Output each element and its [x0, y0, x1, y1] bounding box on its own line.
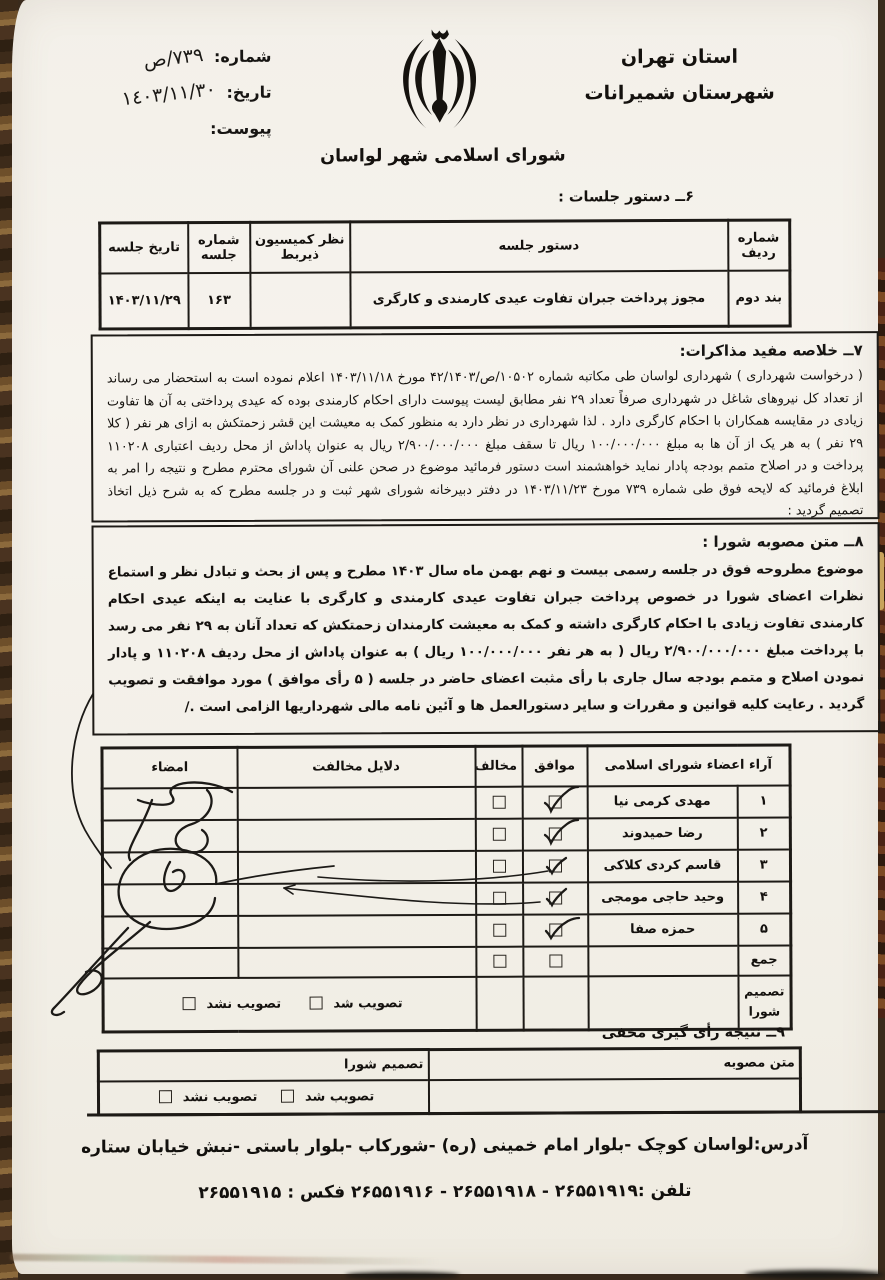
sum-row: جمع: [103, 945, 791, 978]
decision-label: تصمیم شورا: [738, 975, 791, 1029]
reasons-cell: [238, 914, 476, 947]
agenda-subject: مجوز پرداخت جبران تفاوت عیدی کارمندی و ک…: [350, 270, 728, 328]
scan-shadow-mark: [345, 1272, 460, 1279]
secret-decision-label: تصمیم شورا: [98, 1050, 428, 1081]
member-name: حمزه صفا: [588, 913, 738, 946]
against-checkbox: [476, 914, 523, 946]
minutes-heading: ۷ــ خلاصه مفید مذاکرات:: [107, 341, 863, 362]
footer-phone: تلفن :۲۶۵۵۱۹۱۹ ‏- ۲۶۵۵۱۹۱۸ ‏- ۲۶۵۵۱۹۱۶ ف…: [2, 1180, 885, 1204]
minutes-body: ( درخواست شهرداری ) شهرداری لواسان طی مک…: [107, 365, 864, 526]
reasons-cell: [237, 786, 475, 819]
member-name: وحید حاجی مومجی: [588, 881, 738, 914]
resolution-heading: ۸ــ متن مصوبه شورا :: [108, 532, 864, 553]
vote-row: ۴ وحید حاجی مومجی: [103, 881, 791, 916]
votes-table: آراء اعضاء شورای اسلامی موافق مخالف دلای…: [100, 743, 792, 1033]
not-approved-label: تصویب نشد: [207, 996, 282, 1011]
agenda-commission: [250, 272, 350, 328]
approved-checkbox: [310, 996, 323, 1009]
county-title: شهرستان شمیرانات: [565, 74, 795, 111]
approved-label: تصویب شد: [333, 996, 402, 1011]
agenda-session-no: ۱۶۳: [188, 272, 250, 328]
vote-row: ۳ قاسم کردی کلاکی: [102, 849, 790, 884]
signature-cell: [102, 819, 237, 852]
signature-cell: [103, 915, 238, 948]
vote-row: ۱ مهدی کرمی نیا: [102, 785, 790, 820]
votes-col-reasons: دلایل مخالفت: [237, 746, 475, 787]
member-no: ۳: [737, 849, 790, 881]
votes-col-members: آراء اعضاء شورای اسلامی: [587, 745, 790, 786]
against-checkbox: [475, 818, 522, 850]
vote-row: ۲ رضا حمیدوند: [102, 817, 790, 852]
date-label: تاریخ:: [226, 83, 271, 102]
signature-cell: [102, 787, 237, 820]
sum-label: جمع: [738, 945, 791, 975]
secret-approved-checkbox: [281, 1089, 294, 1102]
member-no: ۲: [737, 817, 790, 849]
secret-not-approved-checkbox: [159, 1090, 172, 1103]
agenda-row-no: بند دوم: [728, 270, 790, 326]
decision-row: تصمیم شورا تصویب شد تصویب نشد: [103, 975, 791, 1032]
reasons-cell: [237, 850, 475, 883]
agenda-table: شماره ردیف دستور جلسه نظر کمیسیون ذیربط …: [98, 218, 791, 330]
secret-vote-table: متن مصوبه تصمیم شورا تصویب شد تصویب نشد: [97, 1046, 802, 1116]
not-approved-checkbox: [183, 997, 196, 1010]
member-no: ۴: [738, 881, 791, 913]
vote-row: ۵ حمزه صفا: [103, 913, 791, 948]
scan-shadow-mark: [745, 1270, 885, 1279]
member-no: ۱: [737, 785, 790, 817]
sum-name-cell: [588, 945, 738, 976]
footer-address: آدرس:لواسان کوچک -بلوار امام خمینی (ره) …: [2, 1134, 885, 1158]
secret-decision-options: تصویب شد تصویب نشد: [98, 1080, 428, 1115]
votes-col-sign: امضاء: [102, 747, 237, 788]
agenda-session-date: ۱۴۰۳/۱۱/۲۹: [100, 273, 188, 329]
number-value-handwritten: ٧٣٩/ص: [143, 44, 205, 72]
date-value-handwritten: ١٤٠٣/١١/٣٠: [121, 78, 217, 110]
signature-cell: [103, 883, 238, 916]
resolution-box: ۸ــ متن مصوبه شورا : موضوع مطروحه فوق در…: [91, 522, 880, 735]
sum-agree-checkbox: [523, 946, 588, 976]
agree-checkbox: [522, 786, 587, 818]
sum-reasons-cell: [238, 946, 476, 977]
sum-against-checkbox: [476, 946, 523, 976]
letterhead-region: استان تهران شهرستان شمیرانات: [564, 38, 794, 111]
decision-options: تصویب شد تصویب نشد: [103, 976, 476, 1032]
decision-empty-2: [523, 976, 588, 1030]
decision-empty-1: [588, 975, 738, 1030]
scanned-council-letter: استان تهران شهرستان شمیرانات شورای اسلام…: [0, 0, 885, 1280]
number-label: شماره:: [214, 47, 272, 66]
against-checkbox: [475, 850, 522, 882]
agenda-col-session-date: تاریخ جلسه: [100, 223, 188, 273]
council-name: شورای اسلامی شهر لواسان: [298, 145, 588, 166]
minutes-box: ۷ــ خلاصه مفید مذاکرات: ( درخواست شهردار…: [91, 331, 880, 522]
sum-signature-cell: [103, 947, 238, 978]
agenda-col-subject: دستور جلسه: [350, 220, 728, 272]
against-checkbox: [476, 882, 523, 914]
agenda-col-row-no: شماره ردیف: [728, 220, 790, 270]
signature-cell: [102, 851, 237, 884]
agree-checkbox: [523, 882, 588, 914]
letter-meta: شماره: ٧٣٩/ص تاریخ: ١٤٠٣/١١/٣٠ پیوست:: [23, 47, 271, 153]
member-name: رضا حمیدوند: [587, 817, 737, 850]
agenda-col-commission: نظر کمیسیون ذیربط: [250, 222, 350, 272]
reasons-cell: [238, 882, 476, 915]
agenda-heading: ۶ــ دستور جلسات :: [558, 189, 694, 206]
agree-checkbox: [522, 850, 587, 882]
votes-col-against: مخالف: [475, 746, 522, 786]
secret-vote-heading: ۹ــ نتیجه رأی گیری مخفی: [602, 1025, 785, 1042]
member-name: قاسم کردی کلاکی: [587, 849, 737, 882]
secret-not-approved-label: تصویب نشد: [183, 1090, 258, 1105]
member-name: مهدی کرمی نیا: [587, 785, 737, 818]
agree-checkbox: [522, 818, 587, 850]
reasons-cell: [237, 818, 475, 851]
agenda-col-session-no: شماره جلسه: [188, 222, 250, 272]
votes-col-agree: موافق: [522, 746, 587, 786]
against-checkbox: [475, 786, 522, 818]
attachment-label: پیوست:: [210, 119, 272, 138]
agree-checkbox: [523, 914, 588, 946]
secret-resolution-label: متن مصوبه: [428, 1048, 800, 1080]
iran-emblem-icon: [391, 26, 488, 156]
secret-resolution-value: [428, 1078, 800, 1114]
secret-approved-label: تصویب شد: [305, 1089, 374, 1104]
decision-empty-3: [476, 976, 523, 1030]
resolution-body: موضوع مطروحه فوق در جلسه رسمی بیست و نهم…: [108, 556, 865, 721]
province-title: استان تهران: [564, 38, 794, 75]
member-no: ۵: [738, 913, 791, 945]
